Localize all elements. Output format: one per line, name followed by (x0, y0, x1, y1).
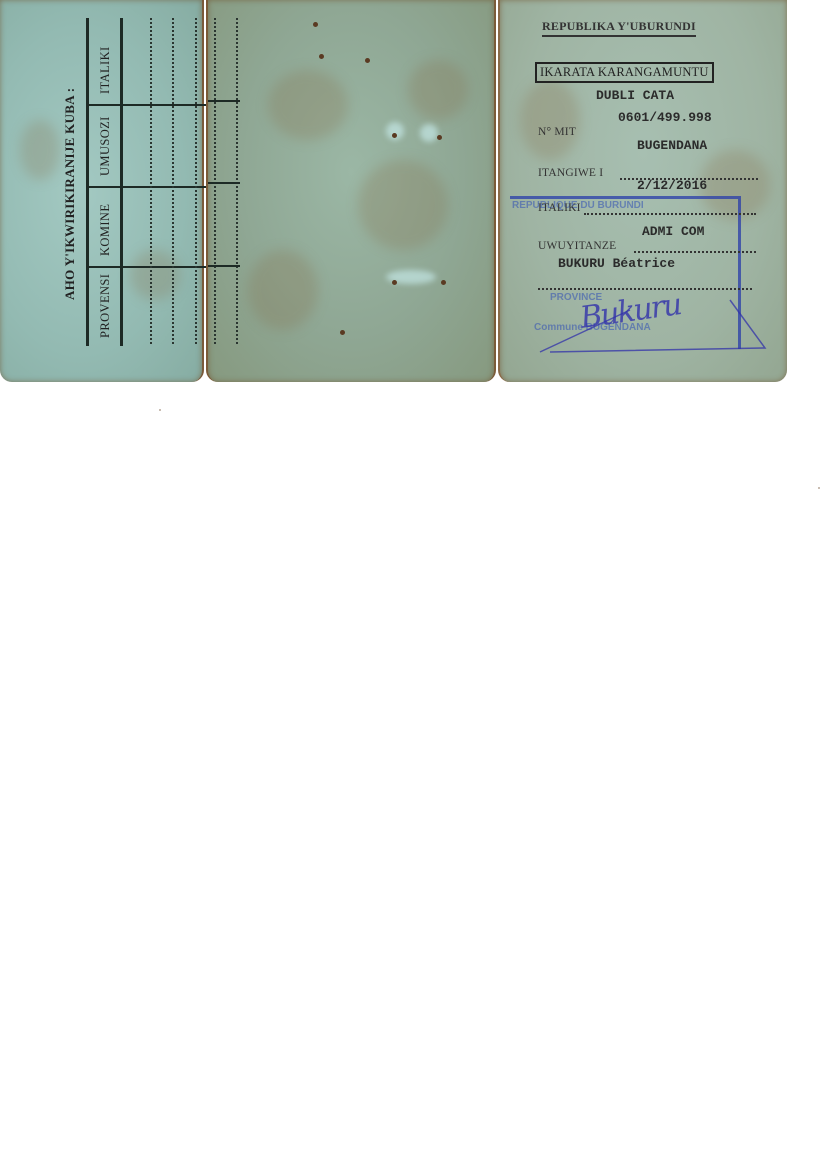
punch-glare (420, 124, 438, 142)
stain (520, 80, 580, 160)
column-divider (208, 100, 240, 102)
staple-hole (365, 58, 370, 63)
middle-panel (206, 0, 496, 382)
staple-hole (437, 135, 442, 140)
staple-hole (392, 133, 397, 138)
table-border-left (86, 18, 89, 346)
entry-line (214, 18, 216, 344)
staple-hole (392, 280, 397, 285)
stain (358, 160, 448, 250)
scan-speck (159, 409, 161, 411)
stain (268, 70, 348, 140)
card-number-label: N° MIT (538, 126, 576, 138)
card-title: IKARATA KARANGAMUNTU (535, 62, 714, 83)
column-header-umusozi: UMUSOZI (98, 116, 113, 176)
staple-hole (340, 330, 345, 335)
stain (408, 60, 468, 120)
issued-place-label: ITANGIWE I (538, 167, 603, 179)
entry-line (195, 18, 197, 344)
column-header-provensi: PROVENSI (98, 274, 113, 338)
right-panel: REPUBLIKA Y'UBURUNDI IKARATA KARANGAMUNT… (498, 0, 787, 382)
date-label: ITALIKI (538, 202, 581, 214)
issuer-name: BUKURU Béatrice (558, 256, 675, 271)
column-divider (208, 182, 240, 184)
table-border-right (120, 18, 123, 346)
column-divider (208, 265, 240, 267)
entry-line (150, 18, 152, 344)
duplicate-mark: DUBLI CATA (596, 88, 674, 103)
date-line (584, 213, 756, 215)
stain (20, 120, 60, 180)
issue-date: 2/12/2016 (637, 178, 707, 193)
entry-line (236, 18, 238, 344)
scan-speck (818, 487, 820, 489)
card-number: 0601/499.998 (618, 110, 712, 125)
stain (248, 250, 318, 330)
issuer-line (634, 251, 756, 253)
issuer-label: UWUYITANZE (538, 240, 616, 252)
staple-hole (319, 54, 324, 59)
column-header-italiki: ITALIKI (98, 46, 113, 94)
id-card-scan: AHO Y'IKWIRIKIRANIJE KUBA : PROVENSI KOM… (0, 0, 787, 384)
date-value: ADMI COM (642, 224, 704, 239)
entry-line (172, 18, 174, 344)
place-value: BUGENDANA (637, 138, 707, 153)
country-name: REPUBLIKA Y'UBURUNDI (542, 19, 696, 37)
left-panel: AHO Y'IKWIRIKIRANIJE KUBA : PROVENSI KOM… (0, 0, 204, 382)
staple-hole (313, 22, 318, 27)
staple-hole (441, 280, 446, 285)
residence-history-title: AHO Y'IKWIRIKIRANIJE KUBA : (62, 88, 78, 300)
column-header-komine: KOMINE (98, 204, 113, 256)
